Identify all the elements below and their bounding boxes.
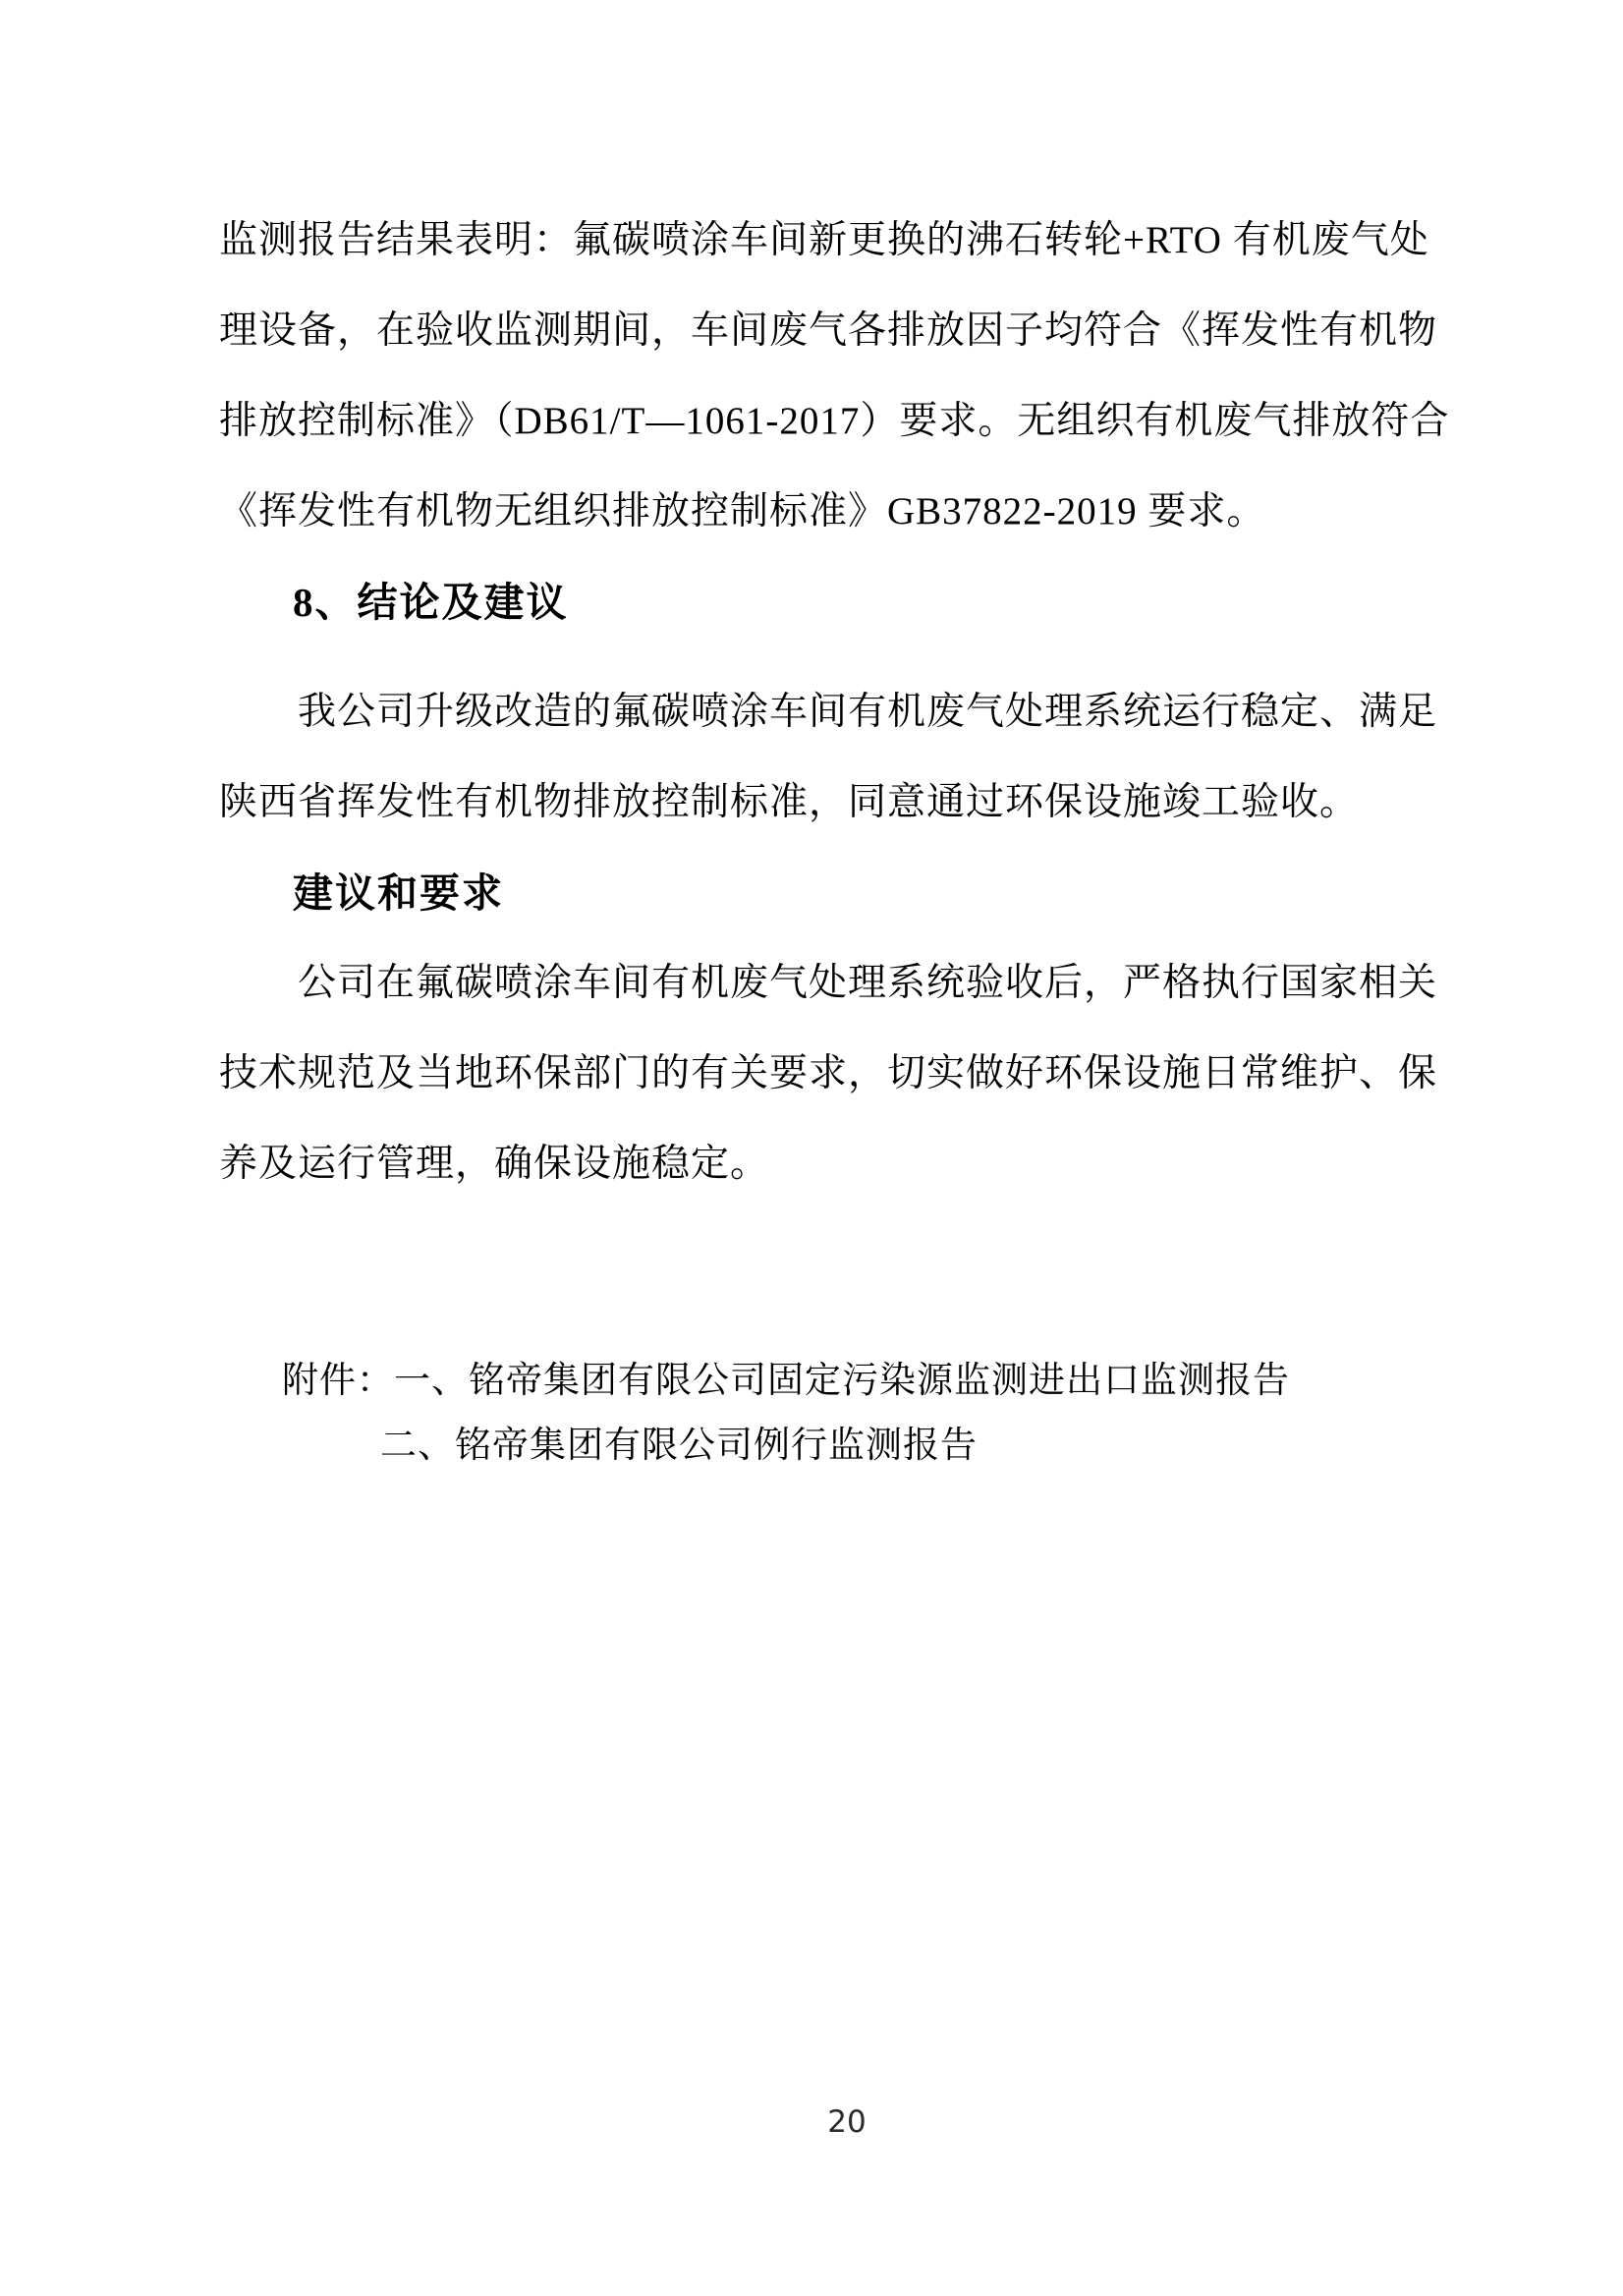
- body-line: 我公司升级改造的氟碳喷涂车间有机废气处理系统运行稳定、满足: [219, 667, 1410, 757]
- body-line: 监测报告结果表明：氟碳喷涂车间新更换的沸石转轮+RTO 有机废气处: [219, 196, 1410, 286]
- attachments-block: 附件：一、铭帝集团有限公司固定污染源监测进出口监测报告 二、铭帝集团有限公司例行…: [282, 1348, 1290, 1478]
- document-body: 监测报告结果表明：氟碳喷涂车间新更换的沸石转轮+RTO 有机废气处 理设备，在验…: [219, 196, 1410, 1209]
- document-page: 监测报告结果表明：氟碳喷涂车间新更换的沸石转轮+RTO 有机废气处 理设备，在验…: [0, 0, 1623, 2296]
- body-line: 《挥发性有机物无组织排放控制标准》GB37822-2019 要求。: [219, 467, 1410, 557]
- body-line: 养及运行管理，确保设施稳定。: [219, 1119, 1410, 1209]
- body-line: 技术规范及当地环保部门的有关要求，切实做好环保设施日常维护、保: [219, 1029, 1410, 1119]
- section-heading-suggestion: 建议和要求: [219, 848, 1410, 938]
- page-number: 20: [749, 2102, 945, 2142]
- attachment-line: 附件：一、铭帝集团有限公司固定污染源监测进出口监测报告: [282, 1348, 1290, 1413]
- body-line: 理设备，在验收监测期间，车间废气各排放因子均符合《挥发性有机物: [219, 286, 1410, 376]
- attachment-line: 二、铭帝集团有限公司例行监测报告: [282, 1413, 1290, 1478]
- body-line: 公司在氟碳喷涂车间有机废气处理系统验收后，严格执行国家相关: [219, 938, 1410, 1029]
- body-line: 排放控制标准》（DB61/T—1061-2017）要求。无组织有机废气排放符合: [219, 376, 1410, 467]
- body-line: 陕西省挥发性有机物排放控制标准，同意通过环保设施竣工验收。: [219, 757, 1410, 848]
- section-heading-conclusion: 8、结论及建议: [219, 557, 1410, 647]
